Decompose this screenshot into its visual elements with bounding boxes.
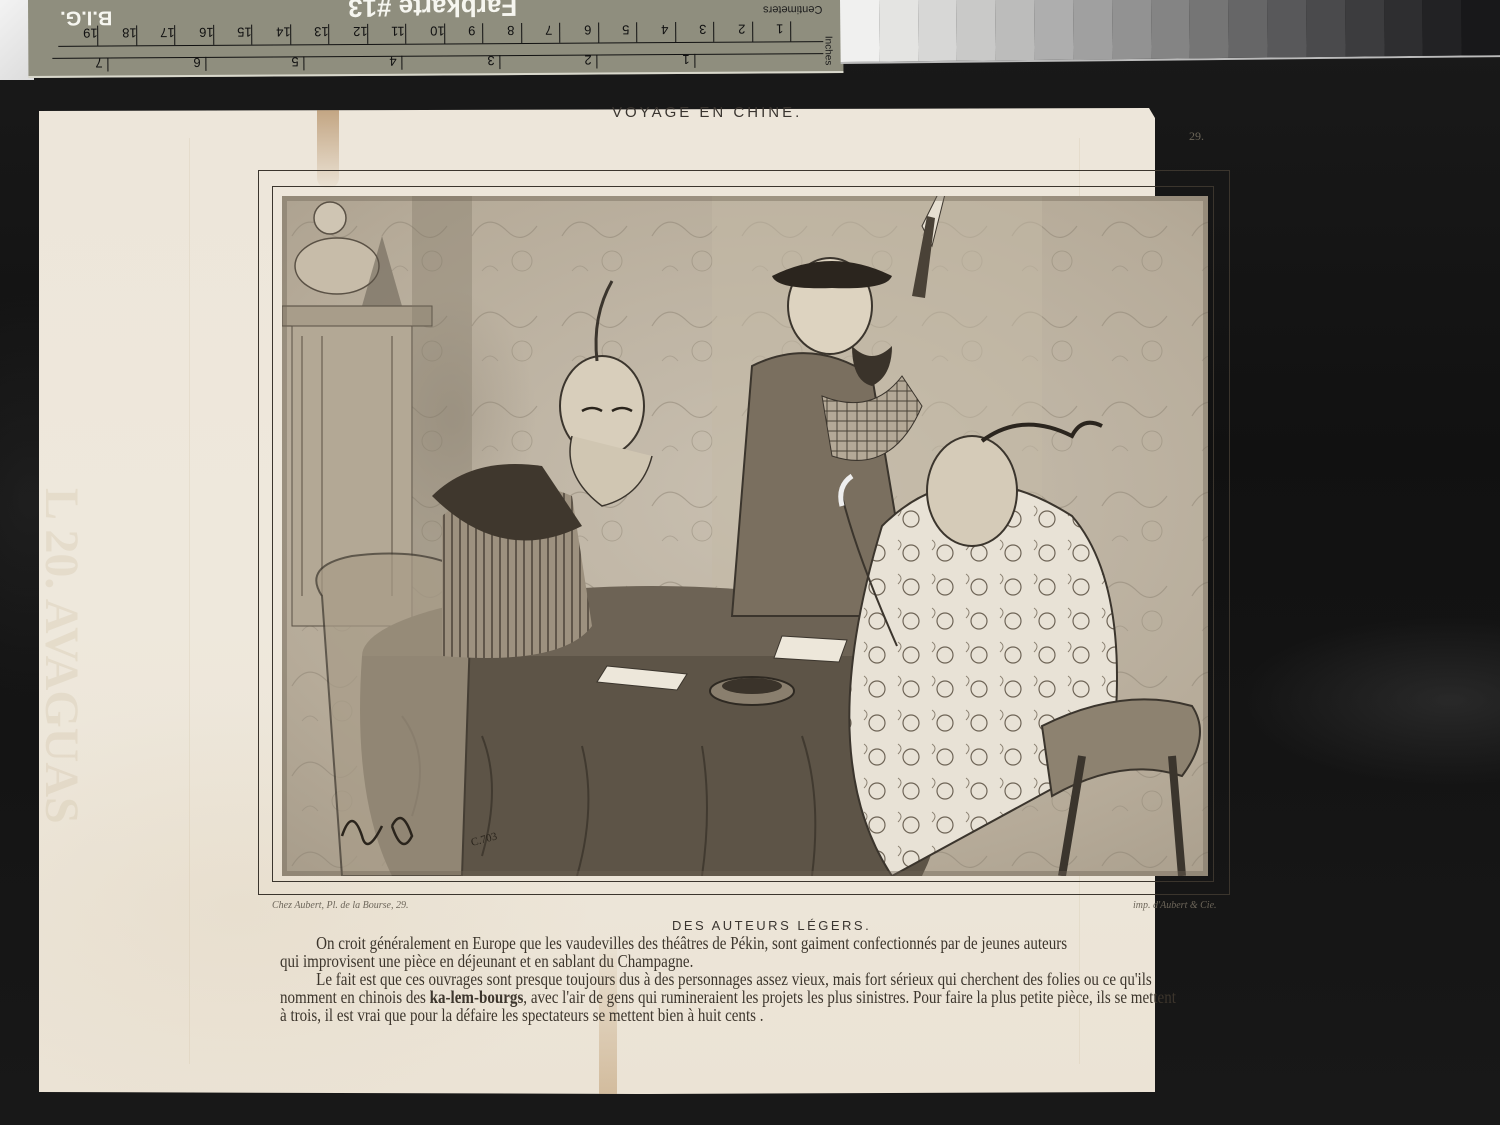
grayscale-patch <box>1112 0 1151 59</box>
lithograph-scene: C.703 <box>282 196 1208 876</box>
lithograph-illustration: C.703 <box>282 196 1208 876</box>
grayscale-patch <box>879 0 918 62</box>
grayscale-patch <box>1151 0 1190 59</box>
grayscale-patch <box>1189 0 1228 58</box>
plate-title: DES AUTEURS LÉGERS. <box>672 918 871 933</box>
cm-tick-label: 11 <box>391 24 405 39</box>
grayscale-patch <box>956 0 995 61</box>
grayscale-patch <box>1267 0 1306 58</box>
cm-tick-label: 6 <box>584 23 591 38</box>
grayscale-patch <box>1461 0 1500 55</box>
inch-tick <box>206 57 207 71</box>
publisher-caption: Chez Aubert, Pl. de la Bourse, 29. <box>272 900 408 911</box>
legend-line-4-end: , avec l'air de gens qui rumineraient le… <box>523 987 1176 1007</box>
inches-label: Inches <box>822 36 833 66</box>
cm-tick-label: 19 <box>83 26 98 41</box>
inch-tick-label: 5 <box>291 54 298 69</box>
centimeters-label: Centimeters <box>763 3 822 15</box>
cm-tick <box>405 24 406 44</box>
cm-tick <box>636 22 637 42</box>
cm-tick-label: 15 <box>237 25 252 40</box>
grayscale-patch <box>1073 0 1112 60</box>
inch-tick <box>695 54 696 68</box>
cm-tick-label: 14 <box>276 24 291 39</box>
legend-line-1: On croit généralement en Europe que les … <box>280 934 1255 952</box>
inch-tick <box>108 58 109 72</box>
legend-line-4-start: nomment en chinois des <box>280 987 430 1007</box>
inch-tick-label: 7 <box>96 56 103 71</box>
cm-tick <box>790 21 791 41</box>
legend-line-3: Le fait est que ces ouvrages sont presqu… <box>280 970 1255 988</box>
inch-tick-label: 2 <box>585 53 592 68</box>
cm-tick <box>713 22 714 42</box>
inch-scale-line <box>52 53 823 59</box>
inch-tick <box>303 56 304 70</box>
cm-tick-label: 10 <box>430 23 445 38</box>
cm-tick <box>559 23 560 43</box>
caption-legend: On croit généralement en Europe que les … <box>280 934 1255 1024</box>
cm-tick-label: 3 <box>699 22 706 37</box>
inch-tick <box>401 56 402 70</box>
series-title: VOYAGE EN CHINE. <box>612 104 802 121</box>
inch-tick-label: 4 <box>389 54 396 69</box>
cm-tick <box>482 23 483 43</box>
cm-tick-label: 7 <box>545 23 552 38</box>
cm-tick-label: 16 <box>199 25 214 40</box>
grayscale-patch <box>1422 0 1461 56</box>
cm-scale-line <box>58 41 823 47</box>
grayscale-patch <box>1306 0 1345 57</box>
cm-tick-label: 1 <box>776 21 783 36</box>
legend-line-4: nomment en chinois des ka-lem-bourgs, av… <box>280 988 1255 1006</box>
cm-tick <box>521 23 522 43</box>
legend-emphasis-kalembourgs: ka-lem-bourgs <box>430 987 524 1007</box>
grayscale-patch <box>1384 0 1423 56</box>
grayscale-patch <box>918 0 957 61</box>
cm-tick-label: 9 <box>468 23 475 38</box>
cm-tick-label: 18 <box>122 25 137 40</box>
grayscale-patch <box>840 0 879 62</box>
cm-tick-label: 2 <box>738 22 745 37</box>
grayscale-patch <box>995 0 1034 60</box>
inch-tick-label: 1 <box>683 52 690 67</box>
cm-tick-label: 5 <box>622 22 629 37</box>
printer-caption: imp. d'Aubert & Cie. <box>1133 900 1217 911</box>
plate-number: 29. <box>1189 129 1204 144</box>
cm-tick-label: 8 <box>507 23 514 38</box>
cm-tick-label: 17 <box>160 25 175 40</box>
cm-tick-label: 12 <box>353 24 368 39</box>
inch-tick <box>597 55 598 69</box>
grayscale-step-wedge <box>840 0 1500 64</box>
cm-tick <box>675 22 676 42</box>
grayscale-patch <box>1345 0 1384 57</box>
legend-line-2: qui improvisent une pièce en déjeunant e… <box>280 952 1255 970</box>
grayscale-patch <box>1034 0 1073 60</box>
legend-line-5: à trois, il est vrai que pour la défaire… <box>280 1006 1255 1024</box>
cm-tick-label: 4 <box>661 22 668 37</box>
cm-tick <box>752 22 753 42</box>
color-card-ruler: Farbkarte #13 B.I.G. Centimeters Inches … <box>28 0 843 78</box>
cm-tick-label: 13 <box>314 24 329 39</box>
cm-tick <box>598 23 599 43</box>
color-card-label: Farbkarte #13 <box>348 0 517 23</box>
bleed-through-text: L 20. AVAGUAS <box>34 488 89 824</box>
inch-tick <box>499 55 500 69</box>
bleed-through-rule <box>189 138 190 1064</box>
inch-tick-label: 3 <box>487 53 494 68</box>
grayscale-patch <box>1228 0 1267 58</box>
inch-tick-label: 6 <box>194 55 201 70</box>
